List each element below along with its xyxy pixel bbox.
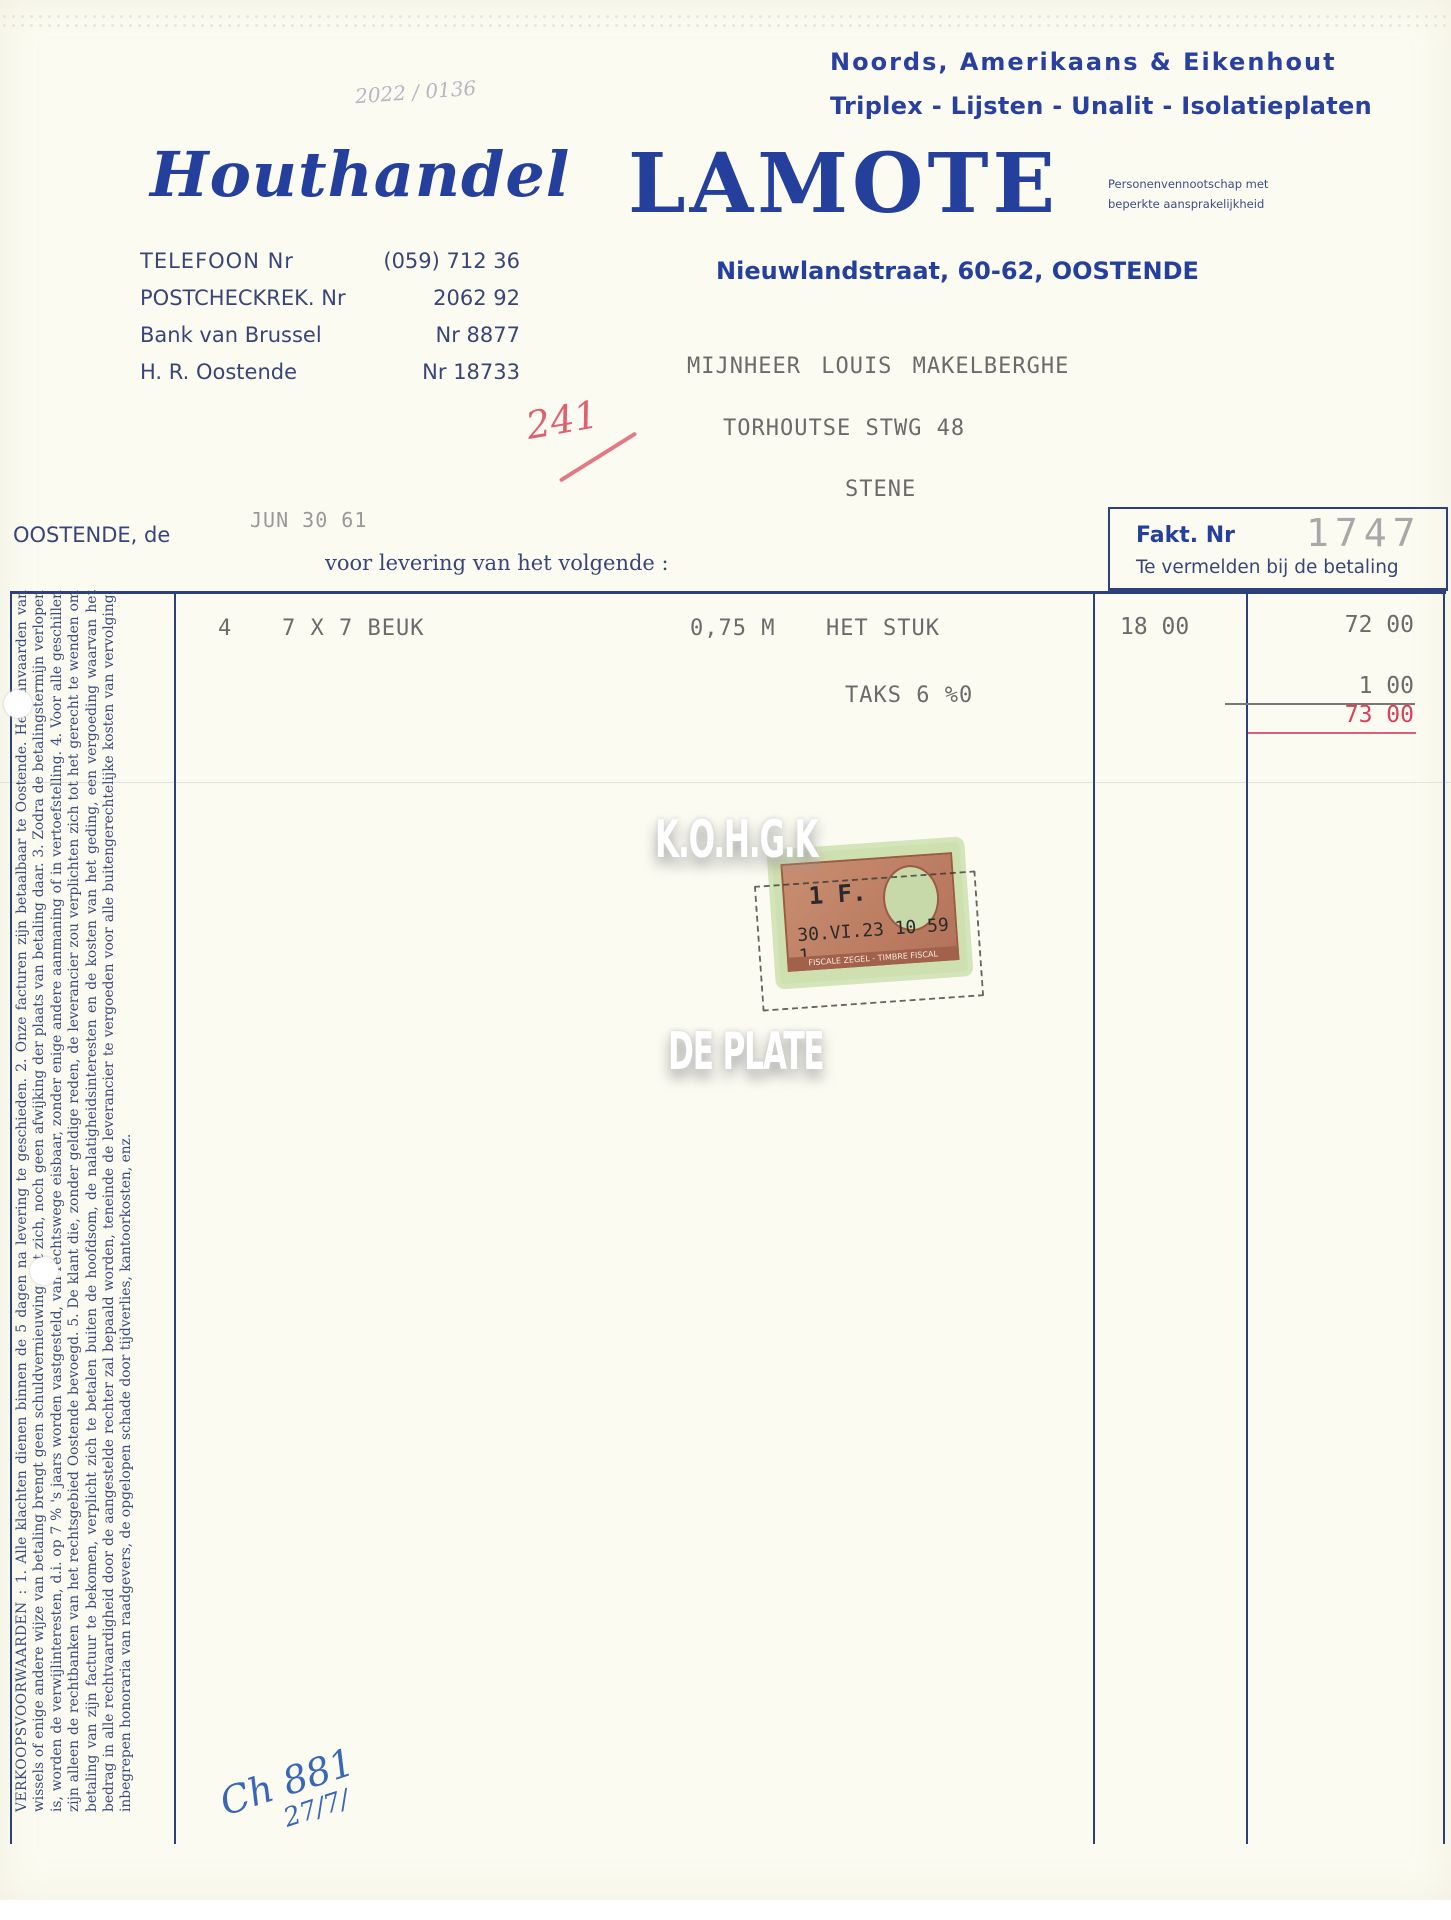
watermark-line2: DE PLATE xyxy=(668,1022,824,1082)
contact-label: POSTCHECKREK. Nr xyxy=(140,280,346,317)
contact-row-register: H. R. Oostende Nr 18733 xyxy=(140,354,520,391)
punch-hole xyxy=(4,690,32,718)
watermark-line1: K.O.H.G.K xyxy=(655,810,818,870)
legal-form-line2: beperkte aansprakelijkheid xyxy=(1108,194,1268,214)
line-item-unit: HET STUK xyxy=(826,616,940,641)
tax-amount: 1 00 xyxy=(1260,673,1414,699)
legal-form-line1: Personenvennootschap met xyxy=(1108,174,1268,194)
recipient-city: STENE xyxy=(845,477,916,502)
grand-total: 73 00 xyxy=(1260,702,1414,728)
invoice-number-label: Fakt. Nr xyxy=(1136,523,1235,548)
contact-label: Bank van Brussel xyxy=(140,317,322,354)
line-item-qty: 4 xyxy=(218,616,232,641)
place-label: OOSTENDE, de xyxy=(13,523,170,547)
tagline-products: Triplex - Lijsten - Unalit - Isolatiepla… xyxy=(830,92,1372,120)
contact-value: Nr 8877 xyxy=(436,317,520,354)
invoice-number-note: Te vermelden bij de betaling xyxy=(1136,557,1399,578)
company-type-script: Houthandel xyxy=(150,138,570,211)
contact-row-bank: Bank van Brussel Nr 8877 xyxy=(140,317,520,354)
contact-value: (059) 712 36 xyxy=(383,243,520,280)
line-item-description: 7 X 7 BEUK xyxy=(282,616,424,641)
tax-label: TAKS 6 %0 xyxy=(845,683,973,708)
grand-total-rule xyxy=(1248,732,1416,734)
paper-fold xyxy=(0,782,1451,783)
company-brand-name: LAMOTE xyxy=(628,136,1059,232)
contact-value: Nr 18733 xyxy=(422,354,520,391)
sales-terms-text: 1. Alle klachten dienen binnen de 5 dage… xyxy=(14,590,134,1812)
line-item-size: 0,75 M xyxy=(690,616,775,641)
line-item-total: 72 00 xyxy=(1260,612,1414,638)
contact-row-postcheck: POSTCHECKREK. Nr 2062 92 xyxy=(140,280,520,317)
recipient-street: TORHOUTSE STWG 48 xyxy=(723,416,965,441)
invoice-number-box: Fakt. Nr 1747 Te vermelden bij de betali… xyxy=(1108,507,1448,591)
invoice-number: 1747 xyxy=(1306,511,1422,555)
punch-hole xyxy=(30,1257,58,1285)
sales-terms: VERKOOPSVOORWAARDEN : 1. Alle klachten d… xyxy=(14,590,174,1812)
company-address: Nieuwlandstraat, 60-62, OOSTENDE xyxy=(716,257,1199,285)
contact-label: H. R. Oostende xyxy=(140,354,297,391)
invoice-paper: 2022 / 0136 Noords, Amerikaans & Eikenho… xyxy=(0,0,1451,1900)
legal-form: Personenvennootschap met beperkte aanspr… xyxy=(1108,174,1268,214)
cancellation-frame xyxy=(754,870,984,1011)
contact-row-phone: TELEFOON Nr (059) 712 36 xyxy=(140,243,520,280)
red-handwritten-note: 241 xyxy=(523,392,602,448)
pencil-archive-note: 2022 / 0136 xyxy=(354,76,477,108)
line-item-unit-price: 18 00 xyxy=(1120,614,1240,640)
contact-block: TELEFOON Nr (059) 712 36 POSTCHECKREK. N… xyxy=(140,243,520,391)
table-top-rule xyxy=(10,591,1446,594)
perforation-edge xyxy=(0,12,1451,30)
contact-value: 2062 92 xyxy=(433,280,520,317)
contact-label: TELEFOON Nr xyxy=(140,243,294,280)
recipient-name: MIJNHEER LOUIS MAKELBERGHE xyxy=(687,354,1069,379)
tagline-wood-types: Noords, Amerikaans & Eikenhout xyxy=(830,48,1337,76)
delivery-label: voor levering van het volgende : xyxy=(325,551,669,575)
sales-terms-heading: VERKOOPSVOORWAARDEN : xyxy=(14,1589,30,1812)
date-stamp: JUN 30 61 xyxy=(250,508,367,532)
